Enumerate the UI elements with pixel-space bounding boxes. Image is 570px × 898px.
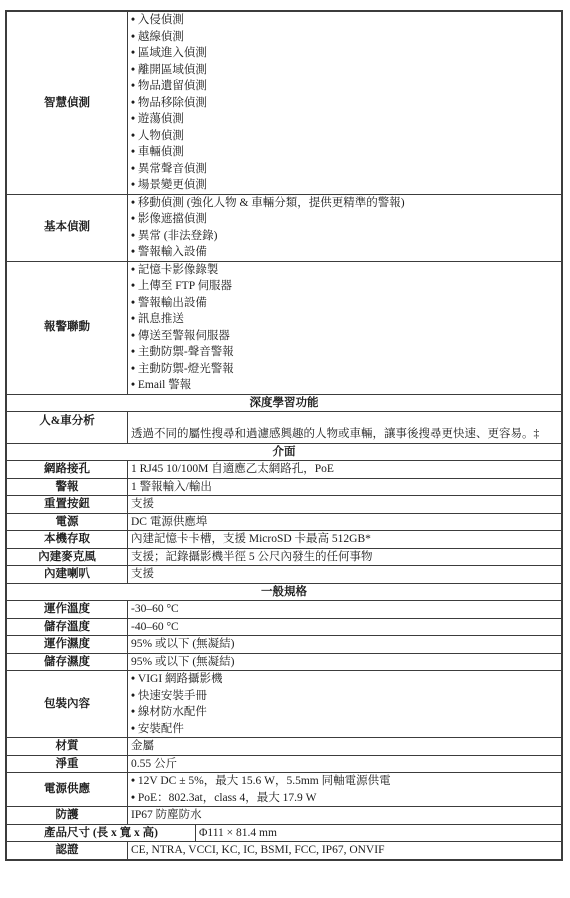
section-header-row: 深度學習功能 bbox=[7, 395, 561, 413]
spec-value: 透過不同的屬性搜尋和過濾感興趣的人物或車輛，讓事後搜尋更快速、更容易。‡ bbox=[128, 412, 561, 443]
spec-bullet-item: 傳送至警報伺服器 bbox=[131, 328, 557, 345]
spec-value-text: 1 RJ45 10/100M 自適應乙太網路孔，PoE bbox=[131, 461, 557, 478]
spec-label: 基本偵測 bbox=[7, 195, 128, 261]
spec-label: 本機存取 bbox=[7, 531, 128, 548]
spec-value-text: CE, NTRA, VCCI, KC, IC, BSMI, FCC, IP67,… bbox=[131, 842, 557, 859]
spec-label: 淨重 bbox=[7, 756, 128, 773]
spec-label: 內建喇叭 bbox=[7, 566, 128, 583]
spec-value: VIGI 網路攝影機快速安裝手冊線材防水配件安裝配件 bbox=[128, 671, 561, 737]
spec-row: 防護IP67 防塵防水 bbox=[7, 807, 561, 825]
spec-value: DC 電源供應埠 bbox=[128, 514, 561, 531]
spec-bullet-item: 入侵偵測 bbox=[131, 12, 557, 29]
spec-row: 網路接孔1 RJ45 10/100M 自適應乙太網路孔，PoE bbox=[7, 461, 561, 479]
spec-row: 人&車分析透過不同的屬性搜尋和過濾感興趣的人物或車輛，讓事後搜尋更快速、更容易。… bbox=[7, 412, 561, 444]
spec-row: 材質金屬 bbox=[7, 738, 561, 756]
section-header-row: 一般規格 bbox=[7, 584, 561, 602]
spec-bullet-item: 越線偵測 bbox=[131, 29, 557, 46]
spec-bullet-item: 物品遺留偵測 bbox=[131, 78, 557, 95]
spec-value: 記憶卡影像錄製上傳至 FTP 伺服器警報輸出設備訊息推送傳送至警報伺服器主動防禦… bbox=[128, 262, 561, 394]
spec-row: 重置按鈕支援 bbox=[7, 496, 561, 514]
spec-value: Φ111 × 81.4 mm bbox=[196, 825, 561, 842]
spec-value-text: 透過不同的屬性搜尋和過濾感興趣的人物或車輛，讓事後搜尋更快速、更容易。‡ bbox=[131, 426, 557, 443]
spec-label: 人&車分析 bbox=[7, 412, 128, 443]
spec-bullet-item: VIGI 網路攝影機 bbox=[131, 671, 557, 688]
spec-row: 包裝內容VIGI 網路攝影機快速安裝手冊線材防水配件安裝配件 bbox=[7, 671, 561, 738]
spec-row: 基本偵測移動偵測 (強化人物 & 車輛分類，提供更精準的警報)影像遮擋偵測異常 … bbox=[7, 195, 561, 262]
spec-bullet-item: 遊蕩偵測 bbox=[131, 111, 557, 128]
spec-value: 1 警報輸入/輸出 bbox=[128, 479, 561, 496]
spec-table: 智慧偵測入侵偵測越線偵測區域進入偵測離開區域偵測物品遺留偵測物品移除偵測遊蕩偵測… bbox=[5, 10, 563, 861]
spec-value-text: -30–60 °C bbox=[131, 601, 557, 618]
spec-row: 報警聯動記憶卡影像錄製上傳至 FTP 伺服器警報輸出設備訊息推送傳送至警報伺服器… bbox=[7, 262, 561, 395]
spec-value: 移動偵測 (強化人物 & 車輛分類，提供更精準的警報)影像遮擋偵測異常 (非法登… bbox=[128, 195, 561, 261]
spec-value: 95% 或以下 (無凝結) bbox=[128, 654, 561, 671]
spec-value-text: -40–60 °C bbox=[131, 619, 557, 636]
spec-value-text: 95% 或以下 (無凝結) bbox=[131, 636, 557, 653]
spec-label: 網路接孔 bbox=[7, 461, 128, 478]
spec-row: 淨重0.55 公斤 bbox=[7, 756, 561, 774]
section-header: 一般規格 bbox=[7, 584, 561, 601]
spec-value: 金屬 bbox=[128, 738, 561, 755]
spec-label: 電源供應 bbox=[7, 773, 128, 806]
spec-bullet-item: PoE：802.3at，class 4，最大 17.9 W bbox=[131, 790, 557, 807]
spec-row: 運作濕度95% 或以下 (無凝結) bbox=[7, 636, 561, 654]
spec-bullet-item: Email 警報 bbox=[131, 377, 557, 394]
spec-value-text: Φ111 × 81.4 mm bbox=[199, 825, 557, 842]
spec-value-text: 支援 bbox=[131, 566, 557, 583]
spec-row: 電源供應12V DC ± 5%，最大 15.6 W，5.5mm 同軸電源供電Po… bbox=[7, 773, 561, 807]
spec-row: 產品尺寸 (長 x 寬 x 高)Φ111 × 81.4 mm bbox=[7, 825, 561, 843]
spec-row: 認證CE, NTRA, VCCI, KC, IC, BSMI, FCC, IP6… bbox=[7, 842, 561, 859]
spec-bullet-item: 車輛偵測 bbox=[131, 144, 557, 161]
spec-value: 支援；記錄攝影機半徑 5 公尺內發生的任何事物 bbox=[128, 549, 561, 566]
spec-value: 入侵偵測越線偵測區域進入偵測離開區域偵測物品遺留偵測物品移除偵測遊蕩偵測人物偵測… bbox=[128, 12, 561, 194]
spec-row: 內建喇叭支援 bbox=[7, 566, 561, 584]
spec-label: 材質 bbox=[7, 738, 128, 755]
spec-value-text: 1 警報輸入/輸出 bbox=[131, 479, 557, 496]
spec-bullet-item: 區域進入偵測 bbox=[131, 45, 557, 62]
spec-value-text: 支援；記錄攝影機半徑 5 公尺內發生的任何事物 bbox=[131, 549, 557, 566]
spec-label: 儲存溫度 bbox=[7, 619, 128, 636]
spec-bullet-item: 異常 (非法登錄) bbox=[131, 228, 557, 245]
spec-label: 報警聯動 bbox=[7, 262, 128, 394]
spec-label: 防護 bbox=[7, 807, 128, 824]
spec-value-text: 金屬 bbox=[131, 738, 557, 755]
spec-label: 運作溫度 bbox=[7, 601, 128, 618]
spec-label: 重置按鈕 bbox=[7, 496, 128, 513]
spec-value-text: 0.55 公斤 bbox=[131, 756, 557, 773]
section-header: 介面 bbox=[7, 444, 561, 461]
spec-label: 警報 bbox=[7, 479, 128, 496]
spec-value: 12V DC ± 5%，最大 15.6 W，5.5mm 同軸電源供電PoE：80… bbox=[128, 773, 561, 806]
spec-bullet-item: 離開區域偵測 bbox=[131, 62, 557, 79]
spec-row: 內建麥克風支援；記錄攝影機半徑 5 公尺內發生的任何事物 bbox=[7, 549, 561, 567]
spec-label: 運作濕度 bbox=[7, 636, 128, 653]
spec-value: 內建記憶卡卡槽，支援 MicroSD 卡最高 512GB* bbox=[128, 531, 561, 548]
section-header: 深度學習功能 bbox=[7, 395, 561, 412]
spec-value: 支援 bbox=[128, 496, 561, 513]
spec-value: 1 RJ45 10/100M 自適應乙太網路孔，PoE bbox=[128, 461, 561, 478]
spec-value-text: 支援 bbox=[131, 496, 557, 513]
spec-row: 智慧偵測入侵偵測越線偵測區域進入偵測離開區域偵測物品遺留偵測物品移除偵測遊蕩偵測… bbox=[7, 12, 561, 195]
spec-label: 內建麥克風 bbox=[7, 549, 128, 566]
spec-bullet-item: 快速安裝手冊 bbox=[131, 688, 557, 705]
spec-label: 包裝內容 bbox=[7, 671, 128, 737]
spec-label: 認證 bbox=[7, 842, 128, 859]
spec-row: 運作溫度-30–60 °C bbox=[7, 601, 561, 619]
spec-row: 本機存取內建記憶卡卡槽，支援 MicroSD 卡最高 512GB* bbox=[7, 531, 561, 549]
spec-value-text: 95% 或以下 (無凝結) bbox=[131, 654, 557, 671]
spec-bullet-item: 主動防禦-聲音警報 bbox=[131, 344, 557, 361]
spec-value: 95% 或以下 (無凝結) bbox=[128, 636, 561, 653]
spec-row: 電源DC 電源供應埠 bbox=[7, 514, 561, 532]
spec-label: 電源 bbox=[7, 514, 128, 531]
spec-bullet-item: 線材防水配件 bbox=[131, 704, 557, 721]
spec-value-text: DC 電源供應埠 bbox=[131, 514, 557, 531]
section-header-row: 介面 bbox=[7, 444, 561, 462]
spec-bullet-item: 人物偵測 bbox=[131, 128, 557, 145]
spec-row: 警報1 警報輸入/輸出 bbox=[7, 479, 561, 497]
spec-value-text: 內建記憶卡卡槽，支援 MicroSD 卡最高 512GB* bbox=[131, 531, 557, 548]
spec-value: 0.55 公斤 bbox=[128, 756, 561, 773]
spec-bullet-item: 物品移除偵測 bbox=[131, 95, 557, 112]
spec-bullet-item: 記憶卡影像錄製 bbox=[131, 262, 557, 279]
spec-value-text: IP67 防塵防水 bbox=[131, 807, 557, 824]
spec-value: CE, NTRA, VCCI, KC, IC, BSMI, FCC, IP67,… bbox=[128, 842, 561, 859]
spec-bullet-item: 移動偵測 (強化人物 & 車輛分類，提供更精準的警報) bbox=[131, 195, 557, 212]
spec-value: 支援 bbox=[128, 566, 561, 583]
spec-bullet-item: 上傳至 FTP 伺服器 bbox=[131, 278, 557, 295]
spec-row: 儲存濕度95% 或以下 (無凝結) bbox=[7, 654, 561, 672]
spec-label: 產品尺寸 (長 x 寬 x 高) bbox=[7, 825, 196, 842]
spec-bullet-item: 警報輸出設備 bbox=[131, 295, 557, 312]
spec-label: 智慧偵測 bbox=[7, 12, 128, 194]
spec-row: 儲存溫度-40–60 °C bbox=[7, 619, 561, 637]
spec-value: -30–60 °C bbox=[128, 601, 561, 618]
spec-bullet-item: 警報輸入設備 bbox=[131, 244, 557, 261]
spec-bullet-item: 主動防禦-燈光警報 bbox=[131, 361, 557, 378]
spec-bullet-item: 影像遮擋偵測 bbox=[131, 211, 557, 228]
spec-bullet-item: 場景變更偵測 bbox=[131, 177, 557, 194]
spec-label: 儲存濕度 bbox=[7, 654, 128, 671]
spec-bullet-item: 安裝配件 bbox=[131, 721, 557, 738]
spec-value: IP67 防塵防水 bbox=[128, 807, 561, 824]
spec-bullet-item: 訊息推送 bbox=[131, 311, 557, 328]
spec-bullet-item: 12V DC ± 5%，最大 15.6 W，5.5mm 同軸電源供電 bbox=[131, 773, 557, 790]
spec-value: -40–60 °C bbox=[128, 619, 561, 636]
spec-bullet-item: 異常聲音偵測 bbox=[131, 161, 557, 178]
